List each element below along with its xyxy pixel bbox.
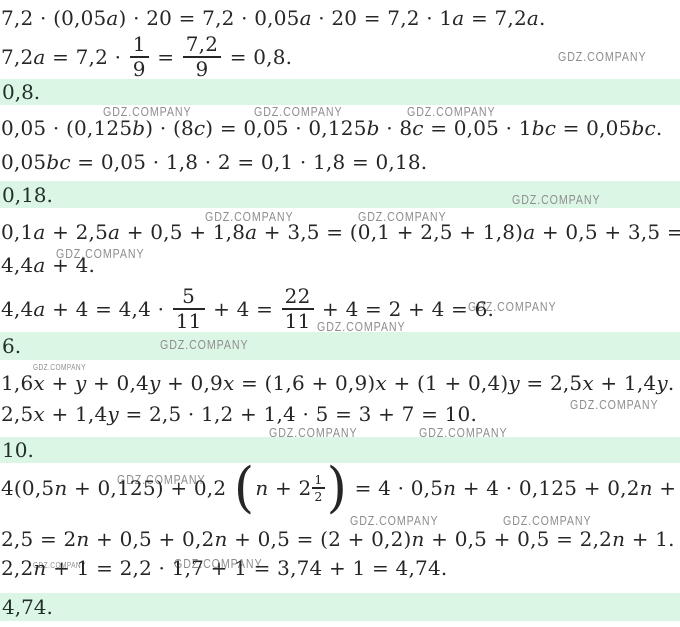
answer-text: 0,8.: [2, 80, 40, 104]
fraction: 19: [130, 34, 149, 80]
big-open-paren: (: [234, 463, 255, 512]
math-text: 4(0,5n + 0,125) + 0,2: [1, 476, 233, 500]
answer-text: 10.: [2, 438, 34, 462]
math-text: 7,2 · (0,05a) · 20 = 7,2 · 0,05a · 20 = …: [1, 6, 546, 30]
math-text: = 4 · 0,5n + 4 · 0,125 + 0,2n + 0,2 ·: [348, 476, 680, 500]
math-line: 7,2 · (0,05a) · 20 = 7,2 · 0,05a · 20 = …: [1, 6, 546, 30]
math-line: 1,6x + y + 0,4y + 0,9x = (1,6 + 0,9)x + …: [1, 371, 674, 395]
math-document: 0,8.0,18.6.10.4,74.7,2 · (0,05a) · 20 = …: [0, 0, 680, 627]
watermark-text: GDZ.COMPANY: [419, 425, 507, 440]
math-text: n + 2: [255, 476, 311, 500]
math-text: 0,05bc = 0,05 · 1,8 · 2 = 0,1 · 1,8 = 0,…: [1, 150, 427, 174]
math-text: 0,1a + 2,5a + 0,5 + 1,8a + 3,5 = (0,1 + …: [1, 220, 680, 244]
math-text: = 0,8.: [223, 45, 292, 69]
math-line: 4,4a + 4 = 4,4 · 511 + 4 = 2211 + 4 = 2 …: [1, 286, 494, 332]
answer-band: 0,8.: [0, 79, 680, 105]
watermark-text: GDZ.COMPANY: [512, 192, 600, 207]
math-line: 0,05bc = 0,05 · 1,8 · 2 = 0,1 · 1,8 = 0,…: [1, 150, 427, 174]
math-line: 2,5x + 1,4y = 2,5 · 1,2 + 1,4 · 5 = 3 + …: [1, 402, 477, 426]
math-text: + 4 = 2 + 4 = 6.: [316, 297, 495, 321]
fraction: 2211: [282, 286, 314, 332]
math-line: 0,1a + 2,5a + 0,5 + 1,8a + 3,5 = (0,1 + …: [1, 220, 680, 244]
fraction: 12: [312, 473, 324, 502]
watermark-text: GDZ.COMPANY: [503, 513, 591, 528]
answer-text: 6.: [2, 334, 21, 358]
math-line: 0,05 · (0,125b) · (8c) = 0,05 · 0,125b ·…: [1, 116, 662, 140]
watermark-text: GDZ.COMPANY: [350, 513, 438, 528]
math-line: 4(0,5n + 0,125) + 0,2 (n + 212) = 4 · 0,…: [1, 462, 680, 514]
math-text: 0,05 · (0,125b) · (8c) = 0,05 · 0,125b ·…: [1, 116, 662, 140]
math-text: 2,5x + 1,4y = 2,5 · 1,2 + 1,4 · 5 = 3 + …: [1, 402, 477, 426]
math-text: 2,5 = 2n + 0,5 + 0,2n + 0,5 = (2 + 0,2)n…: [1, 527, 675, 551]
answer-text: 0,18.: [2, 183, 53, 207]
fraction: 511: [173, 286, 205, 332]
math-line: 2,2n + 1 = 2,2 · 1,7 + 1 = 3,74 + 1 = 4,…: [1, 556, 447, 580]
answer-band: 4,74.: [0, 593, 680, 621]
watermark-text: GDZ.COMPANY: [570, 397, 658, 412]
math-line: 4,4a + 4.: [1, 253, 95, 277]
math-line: 7,2a = 7,2 · 19 = 7,29 = 0,8.: [1, 34, 292, 80]
watermark-text: GDZ.COMPANY: [269, 425, 357, 440]
watermark-text: GDZ.COMPANY: [160, 337, 248, 352]
math-text: + 4 =: [207, 297, 280, 321]
math-text: 1,6x + y + 0,4y + 0,9x = (1,6 + 0,9)x + …: [1, 371, 674, 395]
fraction: 7,29: [183, 34, 221, 80]
math-text: 7,2a = 7,2 ·: [1, 45, 128, 69]
math-text: 4,4a + 4 = 4,4 ·: [1, 297, 171, 321]
math-line: 2,5 = 2n + 0,5 + 0,2n + 0,5 = (2 + 0,2)n…: [1, 527, 675, 551]
math-text: 4,4a + 4.: [1, 253, 95, 277]
answer-band: 6.: [0, 332, 680, 360]
answer-text: 4,74.: [2, 595, 53, 619]
watermark-text: GDZ.COMPANY: [558, 49, 646, 64]
math-text: 2,2n + 1 = 2,2 · 1,7 + 1 = 3,74 + 1 = 4,…: [1, 556, 447, 580]
math-text: =: [151, 45, 181, 69]
big-close-paren: ): [327, 463, 348, 512]
